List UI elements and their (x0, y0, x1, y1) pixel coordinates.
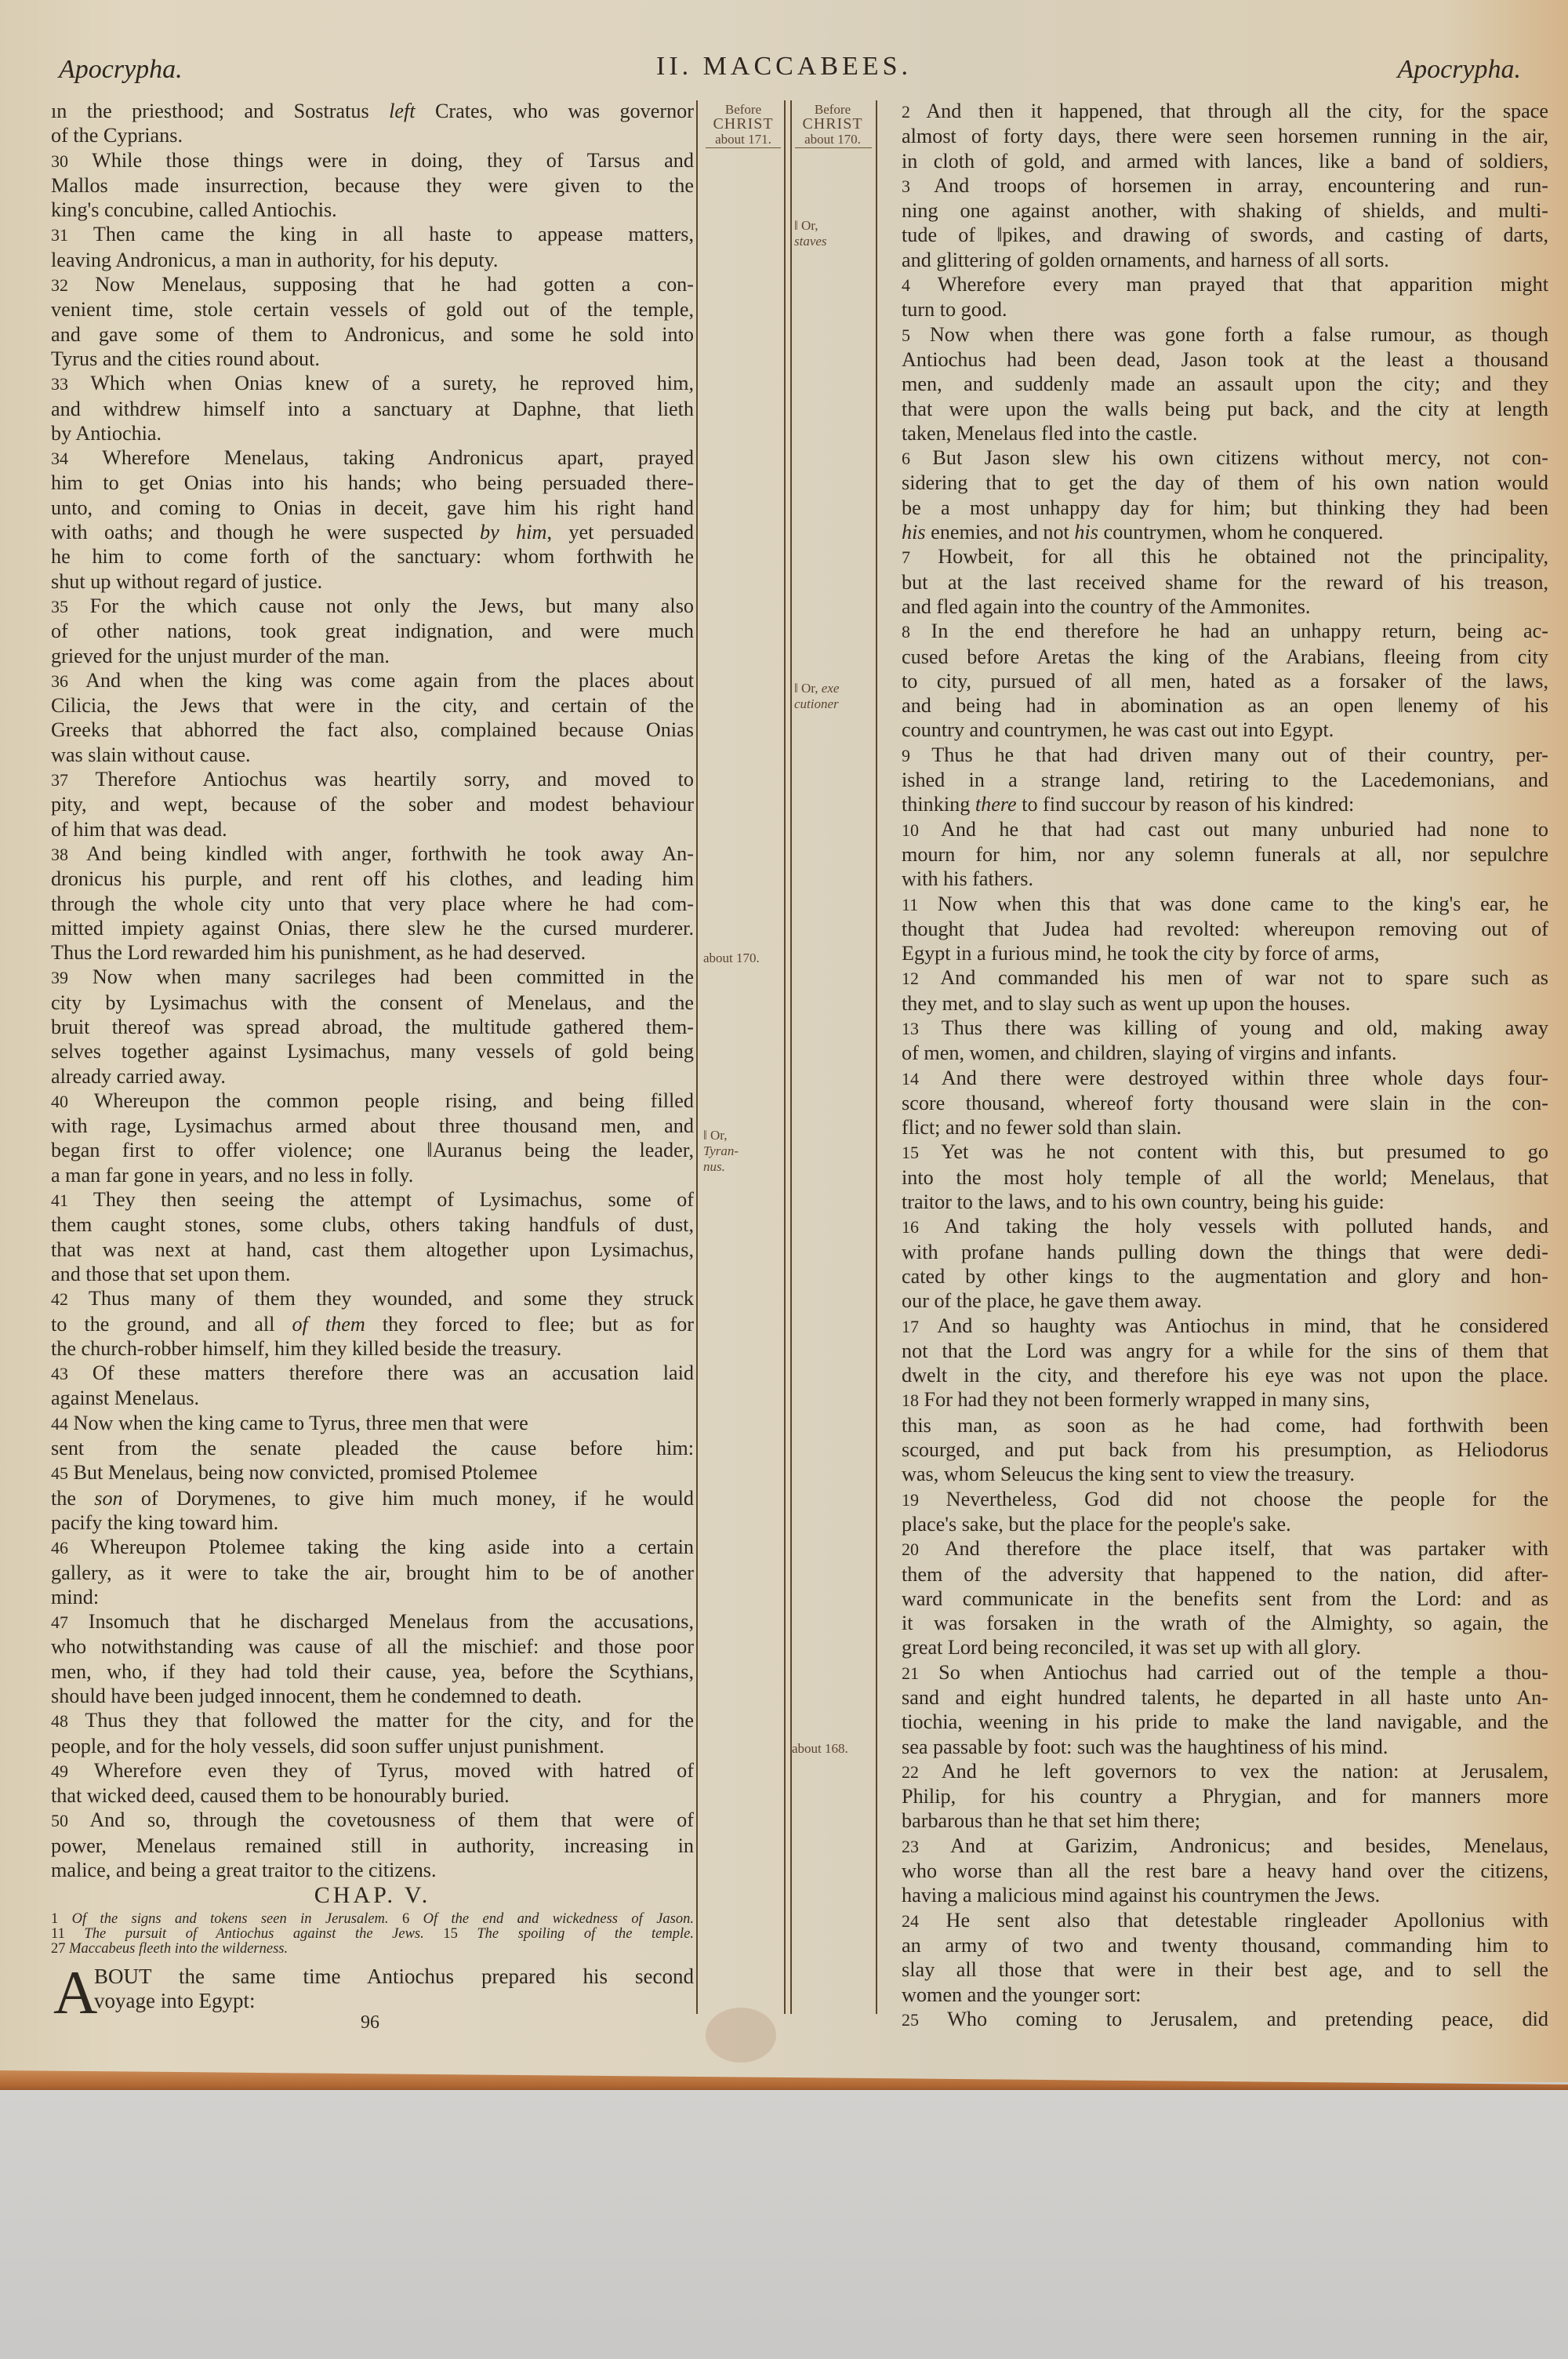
text-line: place's sake, but the place for the peop… (902, 1512, 1548, 1536)
text-line: who worse than all the rest bare a heavy… (902, 1859, 1548, 1883)
text-line: 39 Now when many sacrileges had been com… (51, 965, 694, 990)
note-text: Tyran- (703, 1143, 739, 1159)
text-line: and withdrew himself into a sanctuary at… (51, 397, 694, 421)
text-line: grieved for the unjust murder of the man… (51, 644, 694, 668)
text-line: 21 So when Antiochus had carried out of … (902, 1660, 1548, 1685)
text-line: ished in a strange land, retiring to the… (902, 768, 1548, 792)
text-line: 13 Thus there was killing of young and o… (902, 1016, 1548, 1041)
text-line: barbarous than he that set him there; (902, 1808, 1548, 1833)
text-line: taken, Menelaus fled into the castle. (902, 421, 1548, 445)
text-line: having a malicious mind against his coun… (902, 1883, 1548, 1907)
text-line: ward communicate in the benefits sent fr… (902, 1587, 1548, 1611)
text-line: mourn for him, nor any solemn funerals a… (902, 842, 1548, 867)
text-line: 22 And he left governors to vex the nati… (902, 1759, 1548, 1784)
margin-date-168: about 168. (792, 1741, 848, 1757)
text-line: 11 Now when this that was done came to t… (902, 892, 1548, 917)
text-line: and those that set upon them. (51, 1262, 694, 1286)
text-line: a man far gone in years, and no less in … (51, 1163, 694, 1187)
text-line: 48 Thus they that followed the matter fo… (51, 1708, 694, 1733)
text-line: power, Menelaus remained still in author… (51, 1834, 694, 1858)
page-number: 96 (361, 2012, 379, 2034)
text-line: be a most unhappy day for him; but think… (902, 496, 1548, 520)
text-line: sent from the senate pleaded the cause b… (51, 1436, 694, 1460)
note-text: staves (794, 234, 827, 249)
text-line: ın the priesthood; and Sostratus left Cr… (51, 99, 694, 123)
text-line: him to get Onias into his hands; who bei… (51, 471, 694, 495)
note-mark: ‖ Or, (703, 1128, 739, 1143)
text-line: 25 Who coming to Jerusalem, and pretendi… (902, 2007, 1548, 2032)
margin-note-executioner: ‖ Or, exe cutioner (794, 681, 839, 712)
text-line: sand and eight hundred talents, he depar… (902, 1685, 1548, 1710)
margin-christ: CHRIST (795, 117, 870, 132)
margin-note-staves: ‖ Or, staves (794, 218, 827, 249)
text-line: was slain without cause. (51, 743, 694, 767)
text-line: 37 Therefore Antiochus was heartily sorr… (51, 767, 694, 792)
text-line: Greeks that abhorred the fact also, comp… (51, 718, 694, 742)
text-line: 36 And when the king was come again from… (51, 668, 694, 693)
text-line: city by Lysimachus with the consent of M… (51, 990, 694, 1015)
text-line: sidering that to get the day of them of … (902, 471, 1548, 495)
text-line: he him to come forth of the sanctuary: w… (51, 544, 694, 569)
text-line: that wicked deed, caused them to be hono… (51, 1783, 694, 1808)
text-line: shut up without regard of justice. (51, 569, 694, 594)
text-line: by Antiochia. (51, 421, 694, 445)
text-line: that was next at hand, cast them altoget… (51, 1238, 694, 1262)
text-line: should have been judged innocent, them h… (51, 1684, 694, 1708)
text-line: they met, and to slay such as went up up… (902, 991, 1548, 1016)
text-line: 19 Nevertheless, God did not choose the … (902, 1487, 1548, 1512)
text-line: people, and for the holy vessels, did so… (51, 1734, 694, 1758)
margin-underline (795, 147, 872, 148)
text-line: 18 For had they not been formerly wrappe… (902, 1387, 1548, 1412)
note-text: nus. (703, 1159, 739, 1175)
text-line: into the most holy temple of all the wor… (902, 1165, 1548, 1190)
text-line: and gave some of them to Andronicus, and… (51, 322, 694, 347)
margin-note-tyranus: ‖ Or, Tyran- nus. (703, 1128, 739, 1175)
text-line: 50 And so, through the covetousness of t… (51, 1808, 694, 1833)
text-line: an army of two and twenty thousand, comm… (902, 1933, 1548, 1957)
text-line: of other nations, took great indignation… (51, 619, 694, 643)
drop-cap: A (53, 1962, 97, 2023)
text-line: 40 Whereupon the common people rising, a… (51, 1089, 694, 1114)
text-line: 32 Now Menelaus, supposing that he had g… (51, 272, 694, 297)
text-line: 8 In the end therefore he had an unhappy… (902, 619, 1548, 644)
text-line: pacify the king toward him. (51, 1510, 694, 1535)
text-line: gallery, as it were to take the air, bro… (51, 1561, 694, 1585)
left-text-column: ın the priesthood; and Sostratus left Cr… (51, 99, 694, 1882)
text-line: began first to offer violence; one ‖Aura… (51, 1138, 694, 1162)
note-text: cutioner (794, 696, 839, 712)
text-line: cused before Aretas the king of the Arab… (902, 645, 1548, 669)
text-line: 6 But Jason slew his own citizens withou… (902, 445, 1548, 471)
text-line: flict; and no fewer sold than slain. (902, 1115, 1548, 1140)
text-line: 33 Which when Onias knew of a surety, he… (51, 371, 694, 396)
summary-line: 27 Maccabeus fleeth into the wilderness. (51, 1942, 694, 1957)
text-line: 7 Howbeit, for all this he obtained not … (902, 544, 1548, 569)
text-line: tiochia, weening in his pride to make th… (902, 1710, 1548, 1734)
text-line: 49 Wherefore even they of Tyrus, moved w… (51, 1758, 694, 1783)
text-line: 16 And taking the holy vessels with poll… (902, 1214, 1548, 1239)
text-line: mind: (51, 1585, 694, 1609)
text-line: them caught stones, some clubs, others t… (51, 1212, 694, 1237)
summary-line: 1 Of the signs and tokens seen in Jerusa… (51, 1912, 694, 1927)
margin-about: about 171. (706, 132, 781, 147)
text-line: this man, as soon as he had come, had fo… (902, 1413, 1548, 1438)
margin-underline (706, 147, 781, 148)
running-head-title: II. MACCABEES. (0, 52, 1568, 82)
text-line: great Lord being reconciled, it was set … (902, 1635, 1548, 1659)
text-line: who notwithstanding was cause of all the… (51, 1634, 694, 1659)
text-line: with his fathers. (902, 867, 1548, 891)
text-line: mitted impiety against Onias, there slew… (51, 916, 694, 940)
text-line: malice, and being a great traitor to the… (51, 1858, 694, 1882)
text-line: sea passable by foot: such was the haugh… (902, 1735, 1548, 1759)
text-line: Philip, for his country a Phrygian, and … (902, 1784, 1548, 1808)
text-line: the son of Dorymenes, to give him much m… (51, 1486, 694, 1510)
text-line: but at the last received shame for the r… (902, 570, 1548, 594)
summary-line: 11 The pursuit of Antiochus against the … (51, 1927, 694, 1942)
text-line: 31 Then came the king in all haste to ap… (51, 222, 694, 247)
text-line: with oaths; and though he were suspected… (51, 520, 694, 544)
text-line: to city, pursued of all men, hated as a … (902, 669, 1548, 693)
right-text-column: 2 And then it happened, that through all… (902, 99, 1548, 2032)
text-line: and being had in abomination as an open … (902, 693, 1548, 718)
text-line: cated by other kings to the augmentation… (902, 1264, 1548, 1289)
margin-christ: CHRIST (706, 117, 781, 132)
text-line: 30 While those things were in doing, the… (51, 148, 694, 173)
chapter-heading: CHAP. V. (51, 1882, 694, 1909)
text-line: 3 And troops of horsemen in array, encou… (902, 173, 1548, 198)
text-line: 24 He sent also that detestable ringlead… (902, 1908, 1548, 1933)
text-line: already carried away. (51, 1064, 694, 1089)
text-line: 46 Whereupon Ptolemee taking the king as… (51, 1535, 694, 1560)
paper-stain (706, 2008, 776, 2063)
note-mark: ‖ Or, (794, 681, 818, 696)
text-line: with rage, Lysimachus armed about three … (51, 1114, 694, 1138)
text-line: Mallos made insurrection, because they w… (51, 173, 694, 198)
text-line: thinking there to find succour by reason… (902, 792, 1548, 816)
text-line: 45 But Menelaus, being now convicted, pr… (51, 1460, 694, 1485)
text-line: the church-robber himself, him they kill… (51, 1336, 694, 1361)
margin-date-col1: Before CHRIST about 171. (706, 102, 781, 147)
text-line: of the Cyprians. (51, 123, 694, 147)
text-line: country and countrymen, he was cast out … (902, 718, 1548, 742)
margin-about: about 170. (795, 132, 870, 147)
text-line: 12 And commanded his men of war not to s… (902, 965, 1548, 990)
text-line: traitor to the laws, and to his own coun… (902, 1190, 1548, 1214)
column-rule-3 (790, 100, 792, 2014)
text-line: Tyrus and the cities round about. (51, 347, 694, 371)
text-line: it was forsaken in the wrath of the Almi… (902, 1611, 1548, 1635)
text-line: and glittering of golden ornaments, and … (902, 248, 1548, 272)
chapter-opening: BOUT the same time Antiochus prepared hi… (94, 1965, 694, 2013)
text-line: 14 And there were destroyed within three… (902, 1066, 1548, 1091)
text-line: 5 Now when there was gone forth a false … (902, 322, 1548, 347)
margin-date-col2: Before CHRIST about 170. (795, 102, 870, 147)
text-line: Thus the Lord rewarded him his punishmen… (51, 940, 694, 965)
text-line: was, whom Seleucus the king sent to view… (902, 1462, 1548, 1486)
column-rule-1 (696, 100, 698, 2014)
text-line: of men, women, and children, slaying of … (902, 1041, 1548, 1065)
text-line: against Menelaus. (51, 1386, 694, 1410)
text-line: his enemies, and not his countrymen, who… (902, 520, 1548, 544)
text-line: scourged, and put back from his presumpt… (902, 1438, 1548, 1462)
opening-line: BOUT the same time Antiochus prepared hi… (94, 1965, 694, 1989)
text-line: 20 And therefore the place itself, that … (902, 1536, 1548, 1561)
text-line: to the ground, and all of them they forc… (51, 1312, 694, 1336)
text-line: almost of forty days, there were seen ho… (902, 124, 1548, 148)
text-line: 34 Wherefore Menelaus, taking Andronicus… (51, 445, 694, 471)
text-line: and fled again into the country of the A… (902, 594, 1548, 619)
text-line: that were upon the walls being put back,… (902, 397, 1548, 421)
text-line: women and the younger sort: (902, 1983, 1548, 2007)
column-rule-2 (784, 100, 786, 2014)
text-line: unto, and coming to Onias in deceit, gav… (51, 496, 694, 520)
text-line: turn to good. (902, 297, 1548, 322)
text-line: selves together against Lysimachus, many… (51, 1039, 694, 1063)
text-line: bruit thereof was spread abroad, the mul… (51, 1015, 694, 1039)
text-line: 44 Now when the king came to Tyrus, thre… (51, 1411, 694, 1436)
text-line: 43 Of these matters therefore there was … (51, 1361, 694, 1386)
text-line: 35 For the which cause not only the Jews… (51, 594, 694, 619)
background-sheet (0, 2090, 1568, 2359)
text-line: Cilicia, the Jews that were in the city,… (51, 693, 694, 718)
text-line: 4 Wherefore every man prayed that that a… (902, 272, 1548, 297)
text-line: slay all those that were in their best a… (902, 1957, 1548, 1982)
text-line: 9 Thus he that had driven many out of th… (902, 743, 1548, 768)
text-line: venient time, stole certain vessels of g… (51, 297, 694, 322)
text-line: our of the place, he gave them away. (902, 1289, 1548, 1313)
text-line: 38 And being kindled with anger, forthwi… (51, 841, 694, 867)
column-rule-4 (876, 100, 877, 2014)
text-line: Antiochus had been dead, Jason took at t… (902, 347, 1548, 372)
margin-date-170: about 170. (703, 951, 760, 966)
text-line: of him that was dead. (51, 817, 694, 841)
text-line: 23 And at Garizim, Andronicus; and besid… (902, 1834, 1548, 1859)
text-line: men, who, if they had told their cause, … (51, 1659, 694, 1684)
text-line: 17 And so haughty was Antiochus in mind,… (902, 1314, 1548, 1339)
note-text: exe (822, 681, 840, 696)
running-head-right: Apocrypha. (1397, 55, 1521, 85)
text-line: in cloth of gold, and armed with lances,… (902, 149, 1548, 173)
text-line: through the whole city unto that very pl… (51, 892, 694, 916)
text-line: 2 And then it happened, that through all… (902, 99, 1548, 124)
text-line: king's concubine, called Antiochis. (51, 198, 694, 222)
note-mark: ‖ Or, (794, 218, 827, 234)
text-line: men, and suddenly made an assault upon t… (902, 372, 1548, 396)
text-line: 42 Thus many of them they wounded, and s… (51, 1286, 694, 1311)
chapter-summary: 1 Of the signs and tokens seen in Jerusa… (51, 1912, 694, 1957)
text-line: leaving Andronicus, a man in authority, … (51, 248, 694, 272)
text-line: Egypt in a furious mind, he took the cit… (902, 941, 1548, 965)
text-line: tude of ‖pikes, and drawing of swords, a… (902, 223, 1548, 247)
text-line: 10 And he that had cast out many unburie… (902, 817, 1548, 842)
text-line: not that the Lord was angry for a while … (902, 1339, 1548, 1363)
text-line: 41 They then seeing the attempt of Lysim… (51, 1187, 694, 1212)
text-line: pity, and wept, because of the sober and… (51, 792, 694, 816)
text-line: ning one against another, with shaking o… (902, 198, 1548, 223)
opening-line: voyage into Egypt: (94, 1989, 694, 2013)
text-line: 15 Yet was he not content with this, but… (902, 1140, 1548, 1165)
text-line: thought that Judea had revolted: whereup… (902, 917, 1548, 941)
text-line: 47 Insomuch that he discharged Menelaus … (51, 1609, 694, 1634)
text-line: them of the adversity that happened to t… (902, 1562, 1548, 1587)
text-line: dronicus his purple, and rent off his cl… (51, 867, 694, 891)
text-line: dwelt in the city, and therefore his eye… (902, 1363, 1548, 1387)
text-line: with profane hands pulling down the thin… (902, 1240, 1548, 1264)
text-line: score thousand, whereof forty thousand w… (902, 1091, 1548, 1115)
